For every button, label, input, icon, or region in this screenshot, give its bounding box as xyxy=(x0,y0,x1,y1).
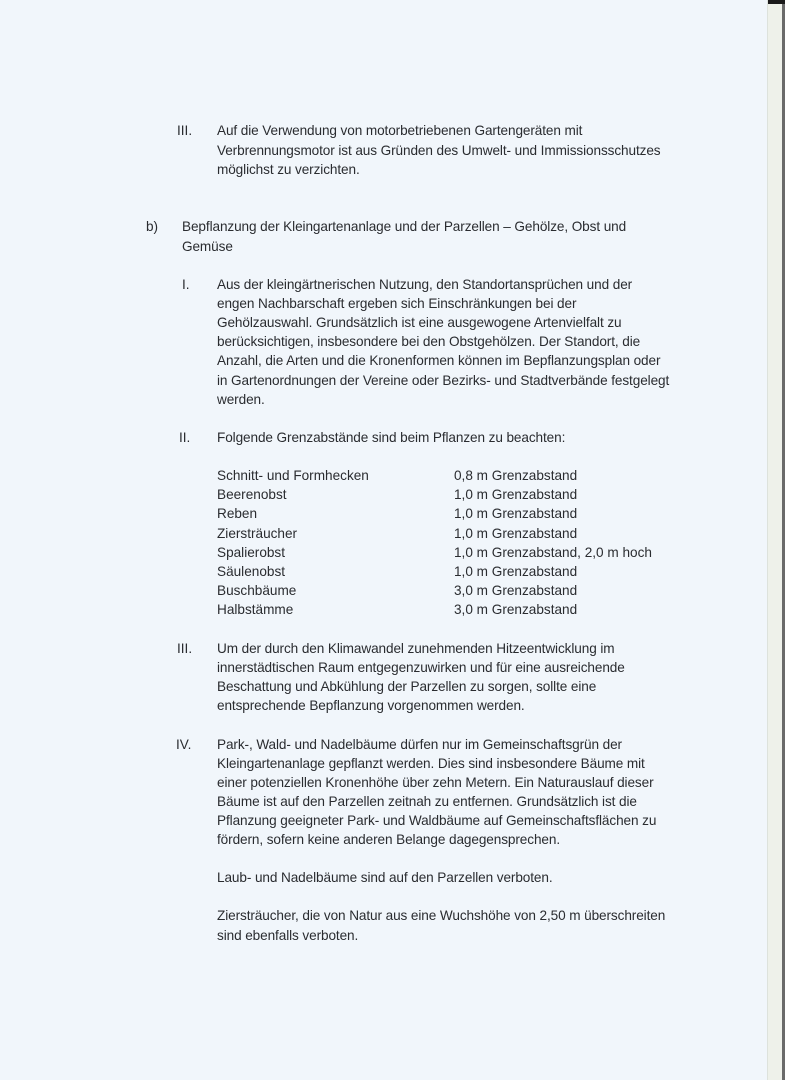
paragraph-line: in Gartenordnungen der Vereine oder Bezi… xyxy=(217,371,669,391)
table-cell-distance: 1,0 m Grenzabstand xyxy=(454,485,577,504)
list-marker: IV. xyxy=(176,735,191,755)
section-marker: b) xyxy=(146,217,158,237)
table-cell-distance: 3,0 m Grenzabstand xyxy=(454,581,577,600)
paragraph-line: Um der durch den Klimawandel zunehmenden… xyxy=(217,639,615,659)
paragraph-line: sind ebenfalls verboten. xyxy=(217,926,358,946)
paragraph-line: fördern, sofern keine anderen Belange da… xyxy=(217,830,560,850)
list-marker: I. xyxy=(182,275,190,295)
paragraph-line: Gehölzauswahl. Grundsätzlich ist eine au… xyxy=(217,313,621,333)
paragraph-line: berücksichtigen, insbesondere bei den Ob… xyxy=(217,332,640,352)
table-cell-distance: 1,0 m Grenzabstand, 2,0 m hoch xyxy=(454,543,652,562)
paragraph-line: Kleingartenanlage gepflanzt werden. Dies… xyxy=(217,754,645,774)
table-cell-distance: 1,0 m Grenzabstand xyxy=(454,524,577,543)
paragraph-line: engen Nachbarschaft ergeben sich Einschr… xyxy=(217,294,576,314)
scan-corner xyxy=(768,0,785,4)
table-cell-distance: 0,8 m Grenzabstand xyxy=(454,466,577,485)
table-cell-plant: Ziersträucher xyxy=(217,524,297,543)
table-cell-distance: 1,0 m Grenzabstand xyxy=(454,504,577,523)
table-cell-distance: 3,0 m Grenzabstand xyxy=(454,600,577,619)
paragraph-line: Auf die Verwendung von motorbetriebenen … xyxy=(217,121,582,141)
paragraph-line: möglichst zu verzichten. xyxy=(217,160,360,180)
paragraph-line: einer potenziellen Kronenhöhe über zehn … xyxy=(217,773,654,793)
paragraph-line: Pflanzung geeigneter Park- und Waldbäume… xyxy=(217,811,656,831)
page-edge-strip xyxy=(767,0,783,1080)
table-cell-distance: 1,0 m Grenzabstand xyxy=(454,562,577,581)
paragraph-line: Aus der kleingärtnerischen Nutzung, den … xyxy=(217,275,632,295)
paragraph-line: entsprechende Bepflanzung vorgenommen we… xyxy=(217,696,525,716)
table-cell-plant: Spalierobst xyxy=(217,543,285,562)
paragraph-line: Anzahl, die Arten und die Kronenformen k… xyxy=(217,351,660,371)
paragraph-line: Verbrennungsmotor ist aus Gründen des Um… xyxy=(217,141,661,161)
paragraph-line: Laub- und Nadelbäume sind auf den Parzel… xyxy=(217,868,553,888)
paragraph-line: Park-, Wald- und Nadelbäume dürfen nur i… xyxy=(217,735,622,755)
document-page: III. Auf die Verwendung von motorbetrieb… xyxy=(0,0,767,1080)
paragraph-line: Bäume ist auf den Parzellen zeitnah zu e… xyxy=(217,792,637,812)
section-heading-line: Bepflanzung der Kleingartenanlage und de… xyxy=(182,217,626,237)
paragraph-line: Folgende Grenzabstände sind beim Pflanze… xyxy=(217,428,565,448)
table-cell-plant: Buschbäume xyxy=(217,581,296,600)
table-cell-plant: Schnitt- und Formhecken xyxy=(217,466,369,485)
section-heading-line: Gemüse xyxy=(182,237,233,257)
table-cell-plant: Halbstämme xyxy=(217,600,293,619)
table-cell-plant: Säulenobst xyxy=(217,562,285,581)
paragraph-line: innerstädtischen Raum entgegenzuwirken u… xyxy=(217,658,625,678)
list-marker: III. xyxy=(177,639,192,659)
table-cell-plant: Beerenobst xyxy=(217,485,287,504)
list-marker: II. xyxy=(179,428,190,448)
paragraph-line: werden. xyxy=(217,390,265,410)
table-cell-plant: Reben xyxy=(217,504,257,523)
paragraph-line: Beschattung und Abkühlung der Parzellen … xyxy=(217,677,596,697)
list-marker: III. xyxy=(177,121,192,141)
paragraph-line: Ziersträucher, die von Natur aus eine Wu… xyxy=(217,906,665,926)
